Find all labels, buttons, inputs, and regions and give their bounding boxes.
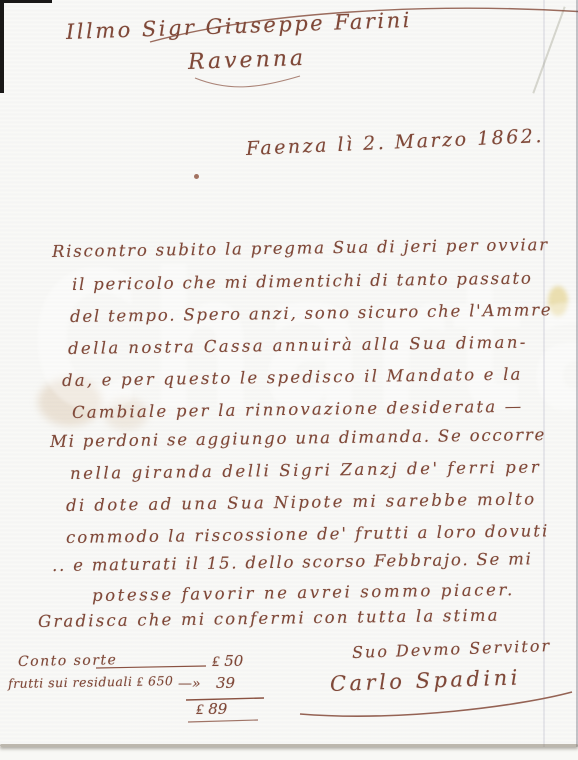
account-row2-arrow: —» [178,676,201,692]
body-line-11: .. e maturati il 15. dello scorso Febbra… [52,549,533,575]
account-total-value: ₤ 89 [196,700,227,719]
scan-edge-left [0,0,4,93]
closing-line: Gradisca che mi confermi con tutta la st… [38,606,500,631]
account-row2-value: 39 [216,674,235,692]
account-underline [188,720,258,722]
paper-sheet: Charta Illmo Sigr Giuseppe Farini Ravenn… [0,0,578,747]
body-line-5: da, e per questo le spedisco il Mandato … [62,365,523,390]
body-line-10: commodo la riscossione de' frutti a loro… [66,521,550,547]
scan-edge-top [0,0,52,3]
account-row2-label: frutti sui residuali ₤ 650 [8,673,174,692]
valediction-line: Suo Devmo Servitor [352,636,552,662]
recipient-city-line: Ravenna [188,46,307,75]
fold-crease [532,6,565,93]
body-line-8: nella giranda delli Sigri Zanzj de' ferr… [70,457,542,483]
ravenna-flourish-stroke [195,76,300,87]
body-line-4: della nostra Cassa annuirà alla Sua dima… [68,333,528,358]
body-line-3: del tempo. Spero anzi, sono sicuro che l… [70,300,553,326]
body-line-2: il pericolo che mi dimentichi di tanto p… [72,269,533,294]
signature: Carlo Spadini [330,665,522,696]
body-line-1: Riscontro subito la pregma Sua di jeri p… [52,235,549,261]
ink-dot [194,174,199,179]
account-row1-label: Conto sorte [18,652,118,670]
body-line-12: potesse favorir ne avrei sommo piacer. [92,580,515,605]
scanned-letter: Charta Illmo Sigr Giuseppe Farini Ravenn… [0,0,578,760]
recipient-name-line: Illmo Sigr Giuseppe Farini [66,8,413,44]
paper-bottom-edge [0,744,578,747]
account-row1-value: ₤ 50 [212,652,243,671]
dateline: Faenza lì 2. Marzo 1862. [246,125,545,160]
fold-crease [543,0,545,747]
body-line-9: di dote ad una Sua Nipote mi sarebbe mol… [66,489,537,515]
